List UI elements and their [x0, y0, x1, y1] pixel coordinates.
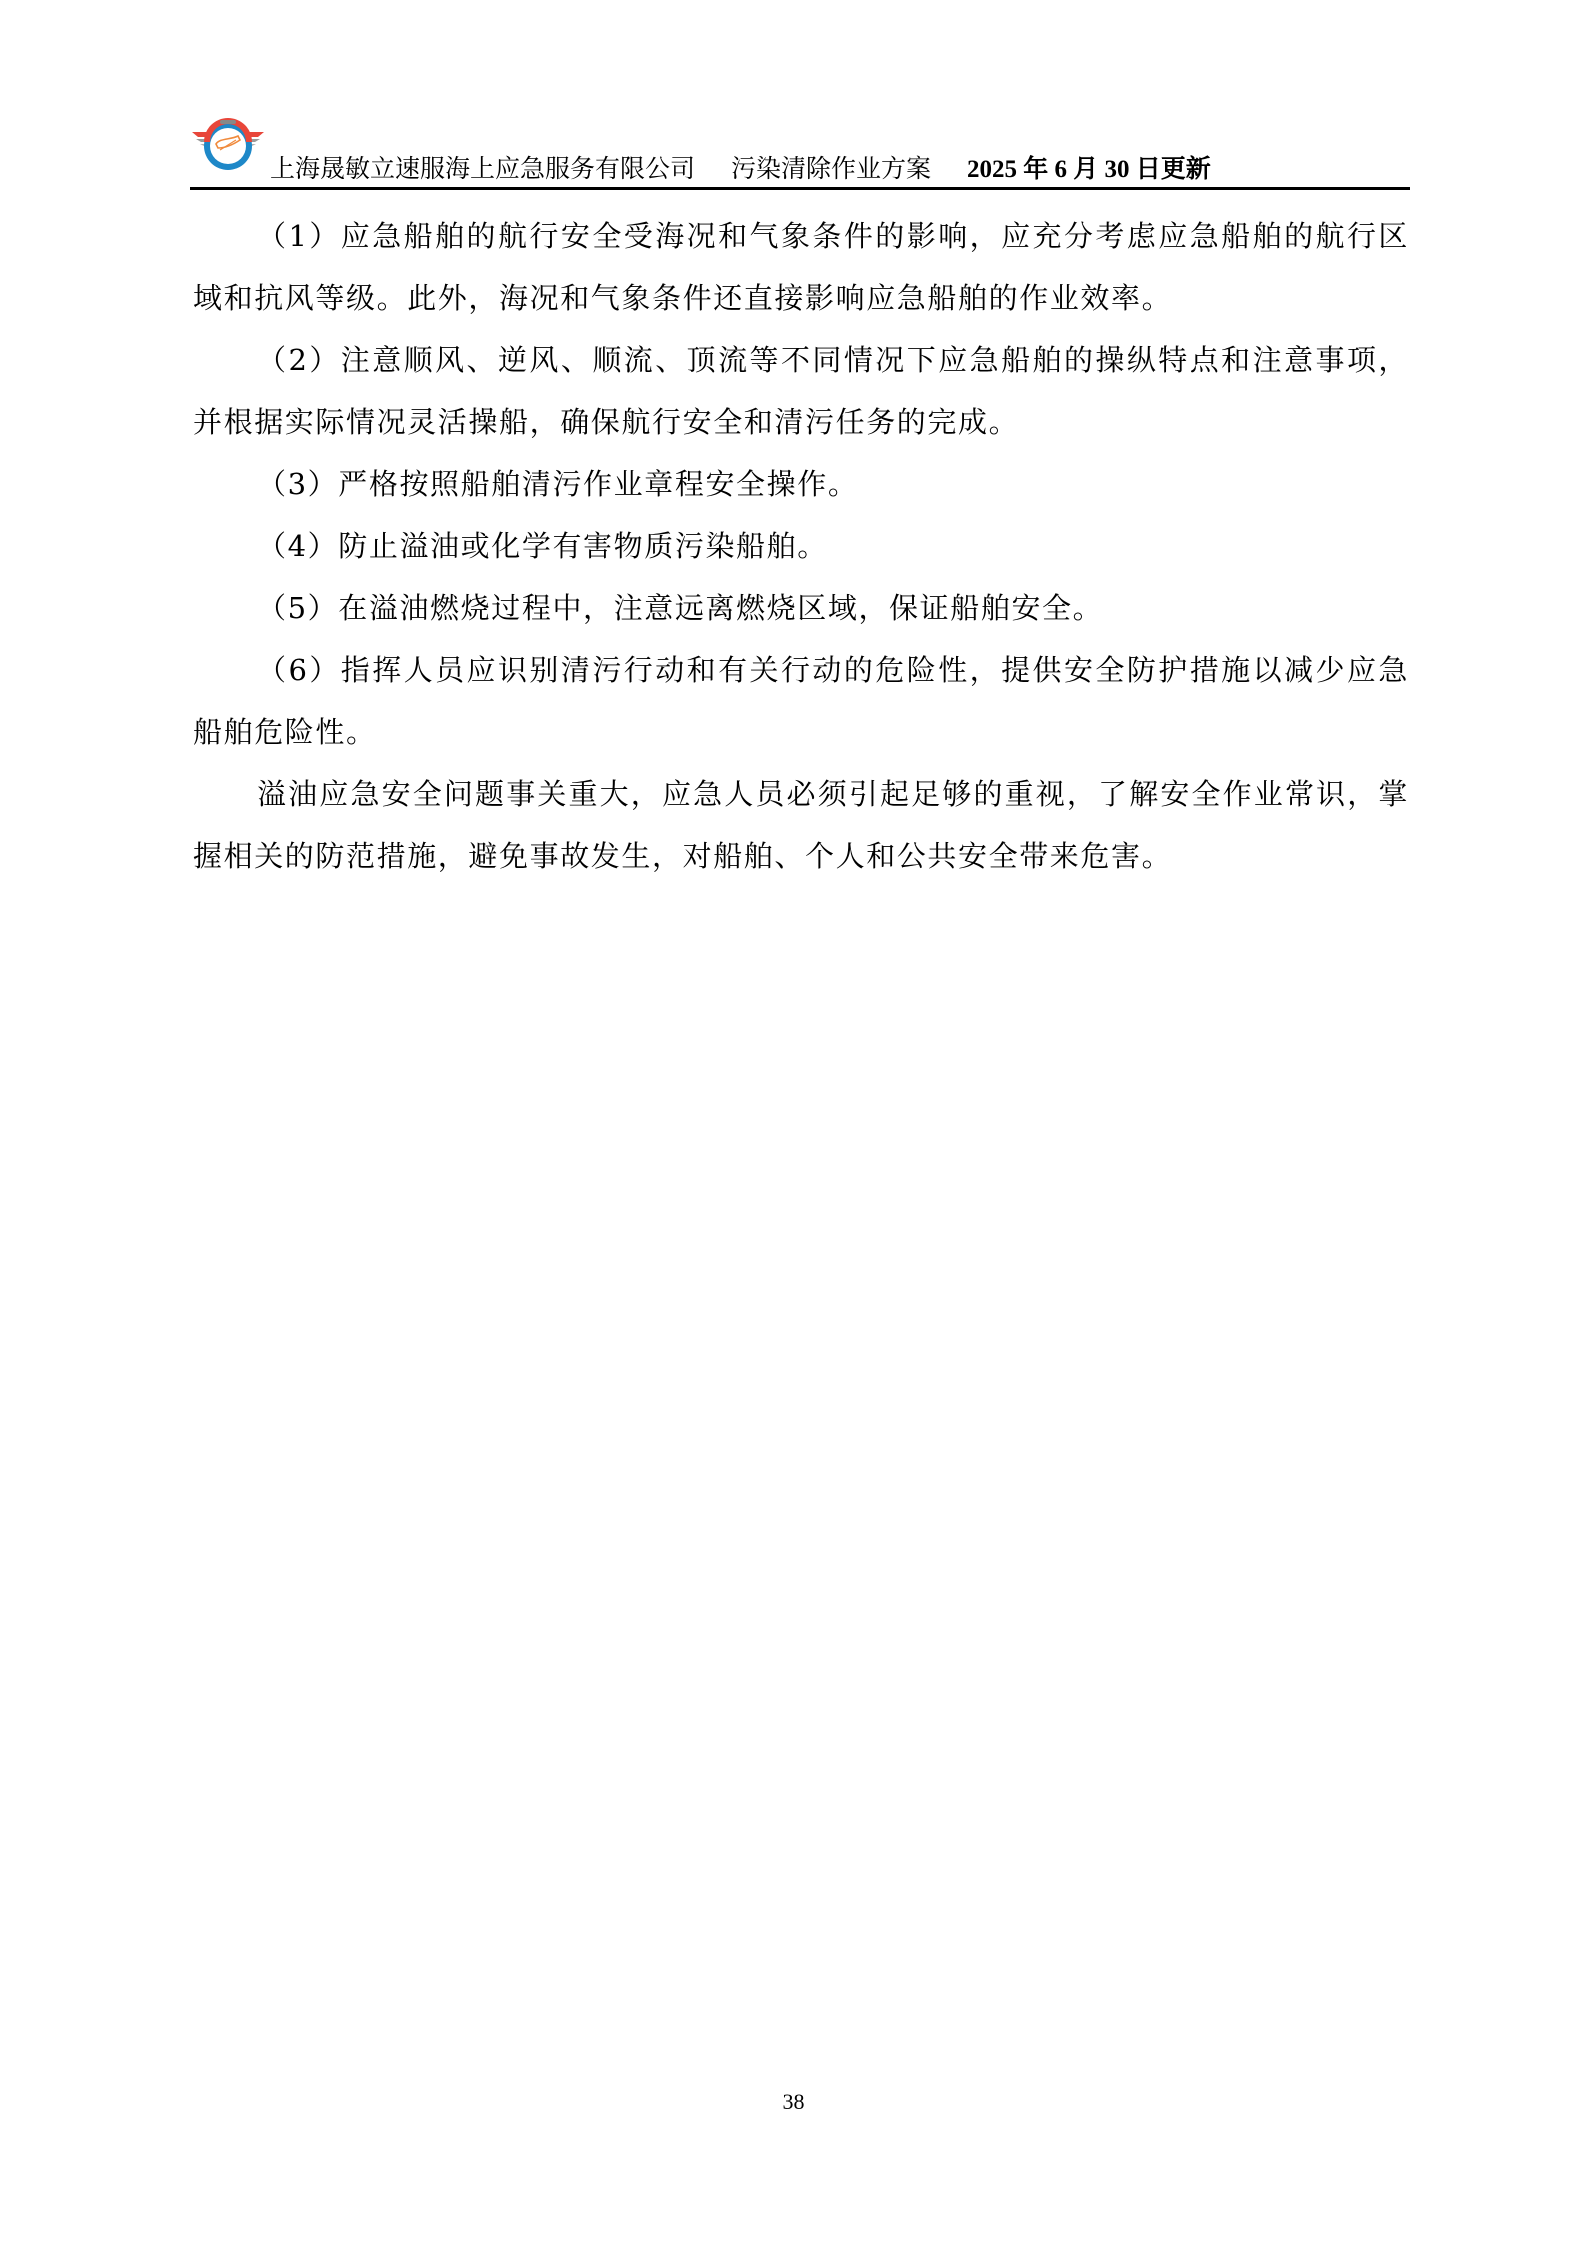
page-number: 38: [0, 2088, 1587, 2116]
document-page: 上海晟敏立速服海上应急服务有限公司污染清除作业方案2025 年 6 月 30 日…: [0, 0, 1587, 2245]
paragraph-item-4: （4）防止溢油或化学有害物质污染船舶。: [193, 515, 1409, 577]
company-logo-icon: [190, 118, 266, 174]
paragraph-item-5: （5）在溢油燃烧过程中，注意远离燃烧区域，保证船舶安全。: [193, 577, 1409, 639]
paragraph-item-2: （2）注意顺风、逆风、顺流、顶流等不同情况下应急船舶的操纵特点和注意事项，并根据…: [193, 329, 1409, 453]
header-divider: [190, 187, 1410, 190]
header-text: 上海晟敏立速服海上应急服务有限公司污染清除作业方案2025 年 6 月 30 日…: [270, 154, 1211, 186]
company-name: 上海晟敏立速服海上应急服务有限公司: [270, 156, 695, 183]
update-date: 2025 年 6 月 30 日更新: [967, 156, 1211, 183]
page-header: 上海晟敏立速服海上应急服务有限公司污染清除作业方案2025 年 6 月 30 日…: [190, 118, 1410, 190]
paragraph-item-1: （1）应急船舶的航行安全受海况和气象条件的影响，应充分考虑应急船舶的航行区域和抗…: [193, 205, 1409, 329]
paragraph-item-3: （3）严格按照船舶清污作业章程安全操作。: [193, 453, 1409, 515]
paragraph-item-6: （6）指挥人员应识别清污行动和有关行动的危险性，提供安全防护措施以减少应急船舶危…: [193, 639, 1409, 763]
page-body: （1）应急船舶的航行安全受海况和气象条件的影响，应充分考虑应急船舶的航行区域和抗…: [193, 205, 1409, 887]
document-title: 污染清除作业方案: [731, 156, 931, 183]
paragraph-summary: 溢油应急安全问题事关重大，应急人员必须引起足够的重视，了解安全作业常识，掌握相关…: [193, 763, 1409, 887]
